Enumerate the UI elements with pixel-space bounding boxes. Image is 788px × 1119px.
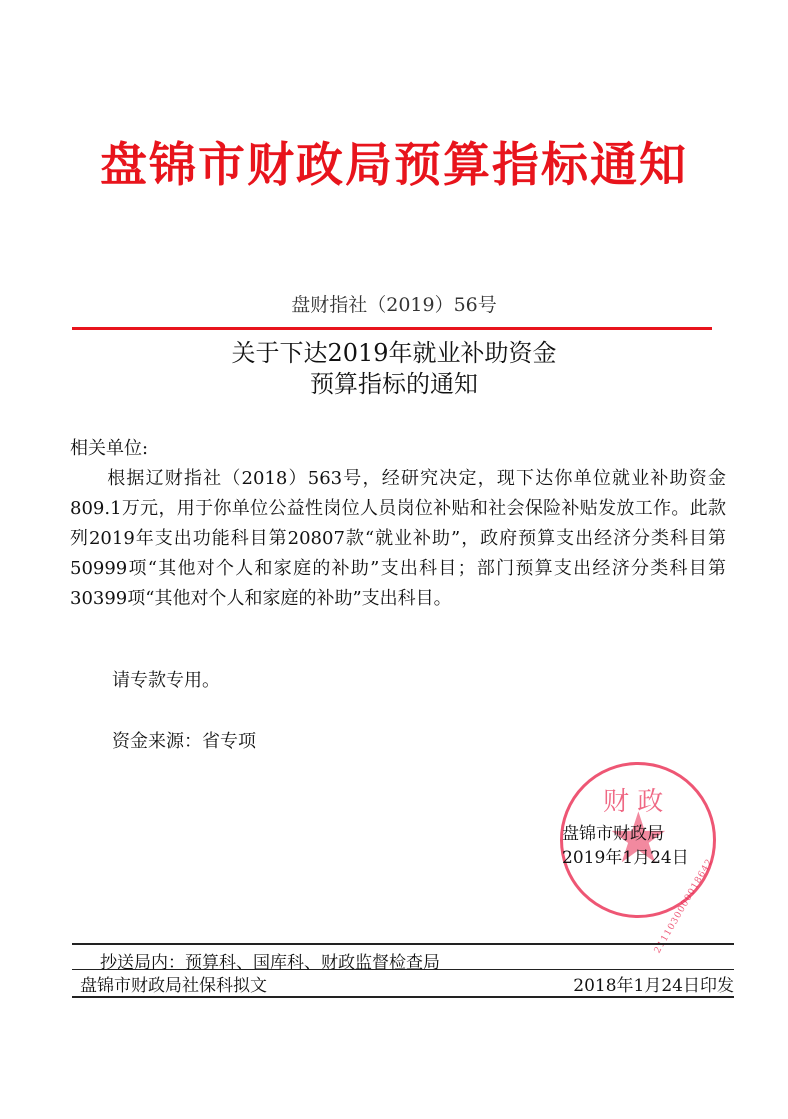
footer-rule-middle: [72, 969, 734, 970]
body-text: 根据辽财指社（2018）563号，经研究决定，现下达你单位就业补助资金809.1…: [70, 468, 726, 609]
subject-line-1: 关于下达2019年就业补助资金: [0, 338, 788, 369]
document-number: 盘财指社（2019）56号: [0, 290, 788, 317]
red-divider: [72, 327, 712, 330]
body-paragraph: 根据辽财指社（2018）563号，经研究决定，现下达你单位就业补助资金809.1…: [70, 464, 726, 614]
issue-date: 2018年1月24日印发: [573, 971, 734, 996]
signature-block: 盘锦市财政局 2019年1月24日: [562, 822, 689, 870]
document-subject: 关于下达2019年就业补助资金 预算指标的通知: [0, 338, 788, 400]
subject-line-2: 预算指标的通知: [0, 369, 788, 400]
drafter: 盘锦市财政局社保科拟文: [80, 971, 267, 996]
document-header-title: 盘锦市财政局预算指标通知: [0, 128, 788, 195]
issuer-name: 盘锦市财政局: [562, 822, 689, 846]
salutation: 相关单位:: [70, 434, 148, 460]
footer-rule-bottom: [72, 996, 734, 998]
special-use-note: 请专款专用。: [112, 666, 220, 692]
funding-source: 资金来源：省专项: [112, 727, 256, 753]
footer-rule-top: [72, 943, 734, 945]
signature-date: 2019年1月24日: [562, 846, 689, 870]
